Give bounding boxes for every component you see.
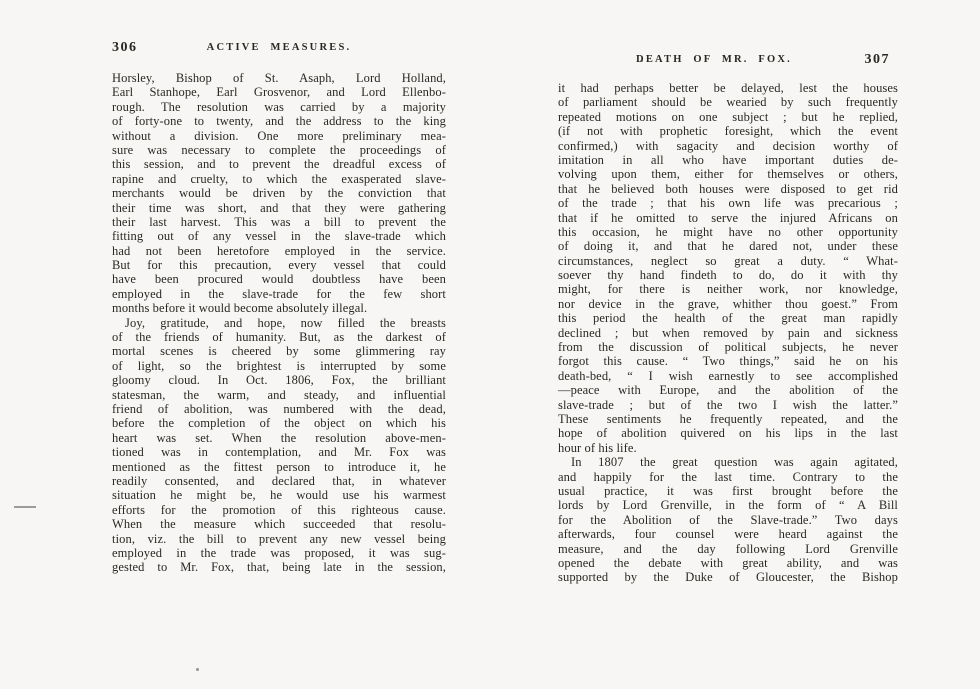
text-block-left: Horsley, Bishop of St. Asaph, Lord Holla…: [112, 71, 446, 575]
text-line: that he believed both houses were dispos…: [558, 182, 898, 196]
text-line: gested to Mr. Fox, that, being late in t…: [112, 560, 446, 574]
text-line: heart was set. When the resolution above…: [112, 431, 446, 445]
text-line: of the trade ; that his own life was pre…: [558, 196, 898, 210]
text-line: their time was short, and that they were…: [112, 201, 446, 215]
text-line: friend of abolition, was numbered with t…: [112, 402, 446, 416]
text-line: soever thy hand findeth to do, do it wit…: [558, 268, 898, 282]
text-line: efforts for the promotion of this righte…: [112, 503, 446, 517]
page-header-left: 306 ACTIVE MEASURES.: [112, 40, 446, 58]
paragraph: Joy, gratitude, and hope, now filled the…: [112, 316, 446, 575]
text-line: this occasion, he might have no other op…: [558, 225, 898, 239]
text-line: their last harvest. This was a bill to p…: [112, 215, 446, 229]
scanned-book-spread: 306 ACTIVE MEASURES. Horsley, Bishop of …: [0, 0, 980, 689]
ink-speck-artifact: [196, 668, 199, 671]
header-dot-artifact: [640, 60, 643, 62]
text-line: afterwards, four counsel were heard agai…: [558, 527, 898, 541]
text-line: before the completion of the object on w…: [112, 416, 446, 430]
text-line: rapine and cruelty, to which the exasper…: [112, 172, 446, 186]
text-line: without a division. One more preliminary…: [112, 129, 446, 143]
text-line: circumstances, neglect so great a duty. …: [558, 254, 898, 268]
text-line: measure, and the day following Lord Gren…: [558, 542, 898, 556]
text-line: tion, viz. the bill to prevent any new v…: [112, 532, 446, 546]
text-line: of the friends of humanity. But, as the …: [112, 330, 446, 344]
text-line: repeated motions on one subject ; but he…: [558, 110, 898, 124]
text-line: slave-trade ; but of the two I wish the …: [558, 398, 898, 412]
text-line: hope of abolition quivered on his lips i…: [558, 426, 898, 440]
text-line: of parliament should be wearied by such …: [558, 95, 898, 109]
page-number-right: 307: [865, 52, 891, 68]
text-line: tioned was in contemplation, and Mr. Fox…: [112, 445, 446, 459]
text-line: fitting out of any vessel in the slave-t…: [112, 229, 446, 243]
text-line: —peace with Europe, and the abolition of…: [558, 383, 898, 397]
text-line: opened the debate with great ability, an…: [558, 556, 898, 570]
text-line: had not been heretofore employed in the …: [112, 244, 446, 258]
text-line: merchants would be driven by the convict…: [112, 186, 446, 200]
paragraph: it had perhaps better be delayed, lest t…: [558, 81, 898, 455]
text-line: Joy, gratitude, and hope, now filled the…: [112, 316, 446, 330]
running-head-left: ACTIVE MEASURES.: [112, 42, 446, 53]
text-line: this period the health of the great man …: [558, 311, 898, 325]
text-line: readily consented, and declared that, in…: [112, 474, 446, 488]
text-line: confirmed,) with sagacity and decision w…: [558, 139, 898, 153]
text-line: hour of his life.: [558, 441, 898, 455]
page-right: DEATH OF MR. FOX. 307 it had perhaps bet…: [558, 52, 898, 585]
text-line: of forty-one to twenty, and the address …: [112, 114, 446, 128]
text-line: for the Abolition of the Slave-trade.” T…: [558, 513, 898, 527]
text-line: These sentiments he frequently repeated,…: [558, 412, 898, 426]
text-line: have been procured would doubtless have …: [112, 272, 446, 286]
text-line: sure was necessary to complete the proce…: [112, 143, 446, 157]
running-head-right: DEATH OF MR. FOX.: [558, 54, 870, 65]
text-line: this session, and to prevent the dreadfu…: [112, 157, 446, 171]
text-line: statesman, the warm, and steady, and inf…: [112, 388, 446, 402]
text-line: and happily for the last time. Contrary …: [558, 470, 898, 484]
text-line: (if not with prophetic foresight, which …: [558, 124, 898, 138]
text-line: When the measure which succeeded that re…: [112, 517, 446, 531]
text-line: usual practice, it was first brought bef…: [558, 484, 898, 498]
text-line: In 1807 the great question was again agi…: [558, 455, 898, 469]
text-line: declined ; but when removed by pain and …: [558, 326, 898, 340]
paragraph: Horsley, Bishop of St. Asaph, Lord Holla…: [112, 71, 446, 316]
margin-dash-artifact: [14, 506, 36, 508]
text-line: forgot this cause. “ Two things,” said h…: [558, 354, 898, 368]
page-header-right: DEATH OF MR. FOX. 307: [558, 52, 898, 70]
text-line: employed in the slave-trade for the few …: [112, 287, 446, 301]
text-line: employed in the trade was proposed, it w…: [112, 546, 446, 560]
page-left: 306 ACTIVE MEASURES. Horsley, Bishop of …: [112, 40, 446, 575]
text-line: rough. The resolution was carried by a m…: [112, 100, 446, 114]
text-line: But for this precaution, every vessel th…: [112, 258, 446, 272]
text-line: of doing it, and that he dared not, unde…: [558, 239, 898, 253]
paragraph: In 1807 the great question was again agi…: [558, 455, 898, 585]
text-line: situation he might be, he would use his …: [112, 488, 446, 502]
text-line: supported by the Duke of Gloucester, the…: [558, 570, 898, 584]
text-line: Earl Stanhope, Earl Grosvenor, and Lord …: [112, 85, 446, 99]
text-line: gloomy cloud. In Oct. 1806, Fox, the bri…: [112, 373, 446, 387]
text-line: might, for there is neither work, nor kn…: [558, 282, 898, 296]
text-line: Horsley, Bishop of St. Asaph, Lord Holla…: [112, 71, 446, 85]
text-line: lords by Lord Grenville, in the form of …: [558, 498, 898, 512]
text-line: imitation in all who have important duti…: [558, 153, 898, 167]
text-line: volving upon them, either for themselves…: [558, 167, 898, 181]
text-line: from the discussion of political subject…: [558, 340, 898, 354]
text-line: that if he omitted to serve the injured …: [558, 211, 898, 225]
text-line: death-bed, “ I wish earnestly to see acc…: [558, 369, 898, 383]
text-line: it had perhaps better be delayed, lest t…: [558, 81, 898, 95]
text-line: mortal scenes is cheered by some glimmer…: [112, 344, 446, 358]
text-line: of light, so the brightest is interrupte…: [112, 359, 446, 373]
text-line: months before it would become absolutely…: [112, 301, 446, 315]
text-block-right: it had perhaps better be delayed, lest t…: [558, 81, 898, 585]
text-line: mentioned as the fittest person to intro…: [112, 460, 446, 474]
text-line: nor device in the grave, whither thou go…: [558, 297, 898, 311]
